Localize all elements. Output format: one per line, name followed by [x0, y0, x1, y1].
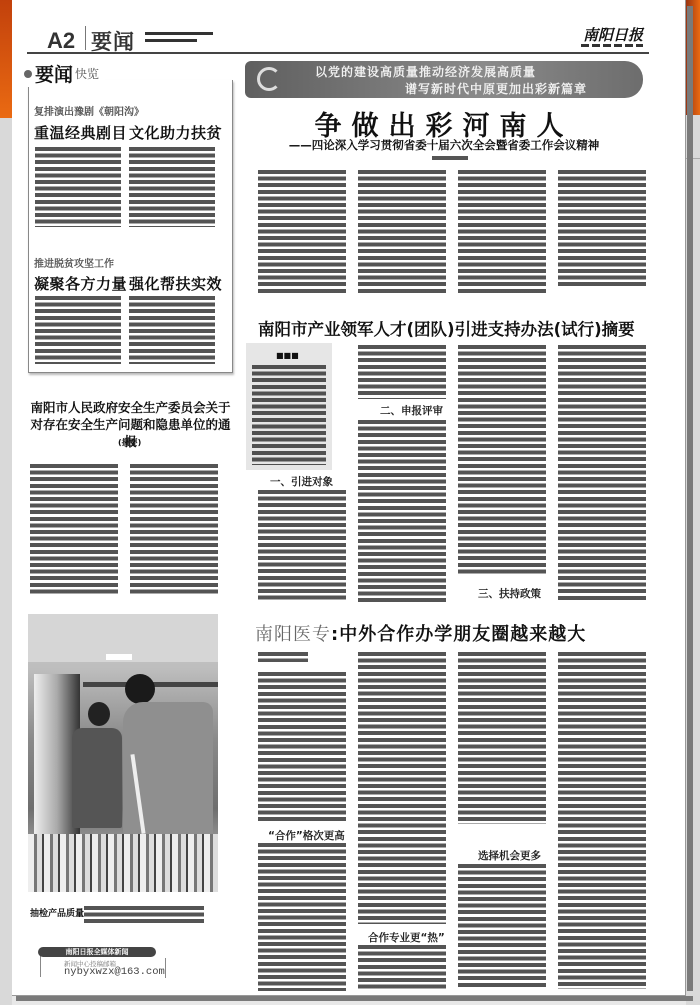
medical-body-col3b [458, 864, 546, 989]
contact-email-link[interactable]: nybyxwzx@163.com [64, 966, 165, 978]
policy-section-1: 一、引进对象 [270, 474, 333, 489]
editor-note-body [252, 365, 326, 465]
policy-body-col2a [358, 345, 446, 399]
section-name: 要闻 [91, 26, 135, 56]
left-accent-bar [0, 0, 12, 118]
brief-kicker-1: 复排演出豫剧《朝阳沟》 [34, 103, 144, 118]
medical-byline [258, 652, 308, 662]
medical-title-rest: :中外合作办学朋友圈越来越大 [331, 624, 586, 645]
brief-title-main: 要闻 [35, 64, 73, 86]
medical-body-col3a [458, 652, 546, 824]
lead-body-col2 [358, 170, 446, 294]
banner-line1: 以党的建设高质量推动经济发展高质量 [315, 63, 536, 80]
brief-kicker-2: 推进脱贫攻坚工作 [34, 255, 114, 270]
brief-body-2b [129, 296, 215, 364]
brief-body-2a [35, 296, 121, 364]
lead-article-byline [432, 156, 468, 160]
medical-body-col1b [258, 843, 346, 991]
brief-headline-1-right[interactable]: 文化助力扶贫 [129, 122, 222, 143]
contact-pill: 南阳日报全媒体新闻 [38, 947, 156, 957]
safety-body-a [30, 464, 118, 594]
page-shadow-right [687, 6, 693, 991]
banner-line2: 谱写新时代中原更加出彩新篇章 [405, 80, 587, 97]
medical-subhead-2: 合作专业更“热” [368, 930, 445, 945]
policy-editor-note: ■■■ [246, 343, 332, 470]
newspaper-page: A2 要闻 南阳日报 要闻快览 复排演出豫剧《朝阳沟》 重温经典剧目 文化助力扶… [12, 0, 686, 996]
editor-note-label: ■■■ [276, 351, 299, 360]
lead-body-col4 [558, 170, 646, 288]
logo-subline [581, 44, 643, 47]
brief-title-suffix: 快览 [75, 67, 99, 81]
photo-caption-body [84, 906, 204, 924]
brief-title: 要闻快览 [24, 60, 105, 87]
page-masthead: A2 要闻 南阳日报 [27, 20, 649, 54]
policy-article-title[interactable]: 南阳市产业领军人才(团队)引进支持办法(试行)摘要 [258, 316, 635, 340]
medical-body-col2b [358, 945, 446, 989]
medical-subhead-1: “合作”格次更高 [268, 828, 345, 843]
policy-body-col3 [458, 345, 546, 575]
medical-article-title[interactable]: 南阳医专:中外合作办学朋友圈越来越大 [255, 620, 586, 646]
brief-body-1b [129, 147, 215, 227]
medical-body-col2a [358, 652, 446, 924]
brief-headline-2-left[interactable]: 凝聚各方力量 [34, 273, 127, 294]
brief-headline-1-left[interactable]: 重温经典剧目 [34, 122, 127, 143]
medical-title-lead: 南阳医专 [255, 624, 331, 645]
masthead-divider [85, 26, 86, 50]
policy-section-2: 二、申报评审 [380, 403, 443, 418]
theme-banner: 以党的建设高质量推动经济发展高质量 谱写新时代中原更加出彩新篇章 [245, 61, 643, 98]
policy-body-col2b [358, 420, 446, 602]
lead-body-col1 [258, 170, 346, 294]
lead-body-col3 [458, 170, 546, 294]
lead-article-subtitle: ——四论深入学习贯彻省委十届六次全会暨省委工作会议精神 [245, 137, 643, 153]
policy-body-col1 [258, 490, 346, 602]
policy-section-3: 三、扶持政策 [478, 586, 541, 601]
party-emblem-icon [257, 67, 281, 91]
brief-headline-2-right[interactable]: 强化帮扶实效 [129, 273, 222, 294]
page-shadow-bottom [16, 996, 693, 1001]
issue-meta [145, 32, 213, 46]
brief-body-1a [35, 147, 121, 227]
page-number: A2 [47, 28, 75, 54]
contact-bracket-right [162, 958, 166, 978]
medical-body-col4 [558, 652, 646, 989]
medical-subhead-3: 选择机会更多 [478, 848, 541, 863]
photo-caption-title: 抽检产品质量 [30, 906, 84, 919]
newspaper-logo: 南阳日报 [583, 24, 643, 45]
policy-body-col4 [558, 345, 646, 600]
news-photo[interactable] [28, 614, 218, 892]
safety-notice-source: (摘要) [118, 437, 141, 448]
medical-body-col1a [258, 672, 346, 822]
viewer-left-rail [0, 0, 12, 1005]
safety-body-b [130, 464, 218, 594]
bullet-icon [24, 70, 32, 78]
safety-notice-title-line1: 南阳市人民政府安全生产委员会关于 [28, 399, 233, 416]
contact-bracket-left [40, 955, 44, 977]
